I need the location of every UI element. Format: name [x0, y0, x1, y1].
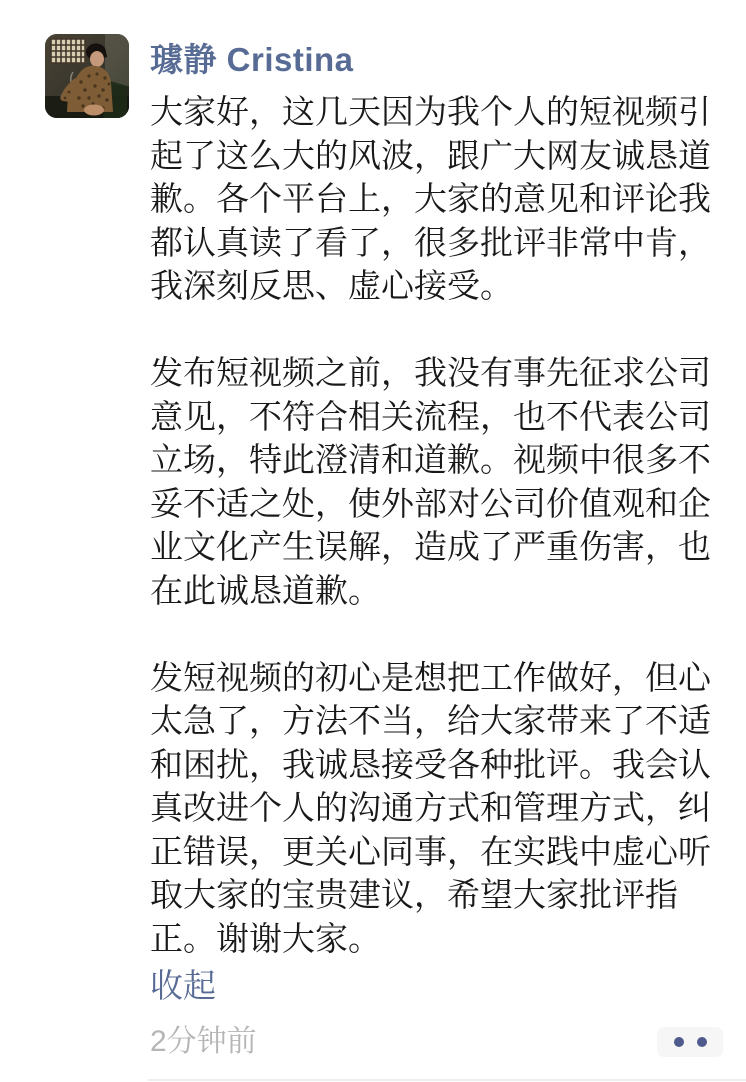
text-line: 意见，不符合相关流程，也不代表公司: [150, 395, 725, 439]
text-line: 起了这么大的风波，跟广大网友诚恳道: [150, 134, 725, 178]
text-line: 妥不适之处，使外部对公司价值观和企: [150, 482, 725, 526]
moments-post-screen: 璩静 Cristina 大家好，这几天因为我个人的短视频引起了这么大的风波，跟广…: [0, 0, 746, 1082]
text-line: 和困扰，我诚恳接受各种批评。我会认: [150, 743, 725, 787]
text-line: 正。谢谢大家。: [150, 917, 725, 961]
post-paragraph: 发短视频的初心是想把工作做好，但心太急了，方法不当，给大家带来了不适和困扰，我诚…: [150, 656, 725, 961]
text-line: 歉。各个平台上，大家的意见和评论我: [150, 177, 725, 221]
dot-icon: [697, 1037, 707, 1047]
lattice-window: [51, 39, 85, 63]
text-line: 大家好，这几天因为我个人的短视频引: [150, 90, 725, 134]
text-line: 在此诚恳道歉。: [150, 569, 725, 613]
comment-menu-button[interactable]: [657, 1027, 723, 1057]
text-line: 太急了，方法不当，给大家带来了不适: [150, 699, 725, 743]
post-body: 大家好，这几天因为我个人的短视频引起了这么大的风波，跟广大网友诚恳道歉。各个平台…: [150, 90, 725, 960]
post-content: 璩静 Cristina 大家好，这几天因为我个人的短视频引起了这么大的风波，跟广…: [150, 0, 746, 1058]
author-name[interactable]: 璩静 Cristina: [150, 40, 746, 80]
post-paragraph: 发布短视频之前，我没有事先征求公司意见，不符合相关流程，也不代表公司立场，特此澄…: [150, 351, 725, 612]
collapse-link[interactable]: 收起: [150, 964, 216, 1008]
avatar-image: [45, 34, 129, 118]
text-line: 发短视频的初心是想把工作做好，但心: [150, 656, 725, 700]
text-line: 立场，特此澄清和道歉。视频中很多不: [150, 438, 725, 482]
avatar[interactable]: [45, 34, 129, 118]
post-footer: 2分钟前: [150, 1026, 723, 1058]
timestamp: 2分钟前: [150, 1026, 257, 1058]
dot-icon: [674, 1037, 684, 1047]
text-line: 业文化产生误解，造成了严重伤害，也: [150, 525, 725, 569]
text-line: 正错误，更关心同事，在实践中虚心听: [150, 830, 725, 874]
text-line: 我深刻反思、虚心接受。: [150, 264, 725, 308]
text-line: 取大家的宝贵建议，希望大家批评指: [150, 873, 725, 917]
post-paragraph: 大家好，这几天因为我个人的短视频引起了这么大的风波，跟广大网友诚恳道歉。各个平台…: [150, 90, 725, 308]
post-divider: [148, 1079, 746, 1081]
text-line: 都认真读了看了，很多批评非常中肯，: [150, 221, 725, 265]
text-line: 发布短视频之前，我没有事先征求公司: [150, 351, 725, 395]
text-line: 真改进个人的沟通方式和管理方式，纠: [150, 786, 725, 830]
